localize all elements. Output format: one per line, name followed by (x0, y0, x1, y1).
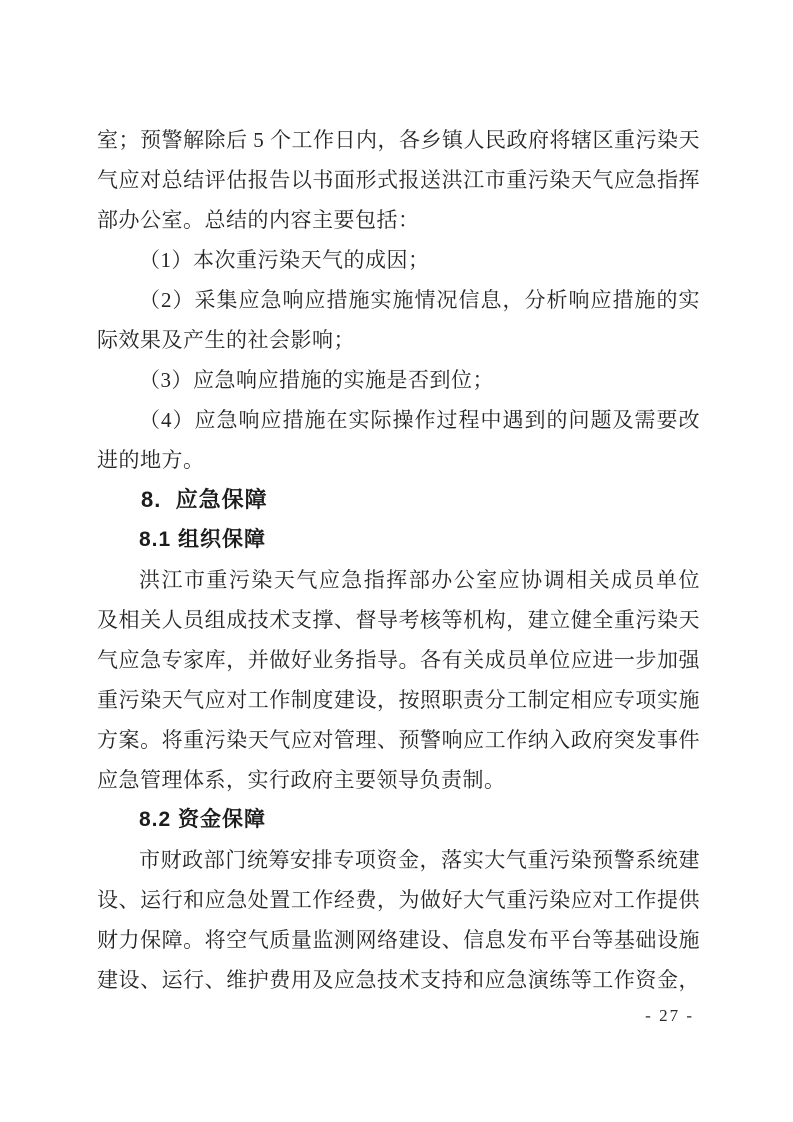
heading-text: 8.1 组织保障 (97, 520, 700, 560)
text-line: 洪江市重污染天气应急指挥部办公室应协调相关成员单位 (97, 560, 700, 600)
heading-section: 8. 应急保障 (97, 480, 700, 520)
text-line: 气应急专家库，并做好业务指导。各有关成员单位应进一步加强 (97, 640, 700, 680)
document-page: 室；预警解除后 5 个工作日内，各乡镇人民政府将辖区重污染天气应对总结评估报告以… (0, 0, 793, 1122)
page-footer: - 27 - (97, 1002, 694, 1030)
paragraph: （1）本次重污染天气的成因； (97, 240, 700, 280)
text-line: 方案。将重污染天气应对管理、预警响应工作纳入政府突发事件 (97, 720, 700, 760)
paragraph: （2）采集应急响应措施实施情况信息，分析响应措施的实际效果及产生的社会影响； (97, 280, 700, 360)
text-line: （2）采集应急响应措施实施情况信息，分析响应措施的实 (97, 280, 700, 320)
text-line: 部办公室。总结的内容主要包括： (97, 200, 700, 240)
heading-sub: 8.1 组织保障 (97, 520, 700, 560)
text-line: （3）应急响应措施的实施是否到位； (97, 360, 700, 400)
text-line: 进的地方。 (97, 440, 700, 480)
text-line: 重污染天气应对工作制度建设，按照职责分工制定相应专项实施 (97, 680, 700, 720)
text-line: 市财政部门统筹安排专项资金，落实大气重污染预警系统建 (97, 840, 700, 880)
text-line: 财力保障。将空气质量监测网络建设、信息发布平台等基础设施 (97, 920, 700, 960)
text-line: （1）本次重污染天气的成因； (97, 240, 700, 280)
text-line: 应急管理体系，实行政府主要领导负责制。 (97, 760, 700, 800)
text-line: 设、运行和应急处置工作经费，为做好大气重污染应对工作提供 (97, 880, 700, 920)
text-line: 气应对总结评估报告以书面形式报送洪江市重污染天气应急指挥 (97, 160, 700, 200)
heading-sub: 8.2 资金保障 (97, 800, 700, 840)
paragraph: （3）应急响应措施的实施是否到位； (97, 360, 700, 400)
text-line: 及相关人员组成技术支撑、督导考核等机构，建立健全重污染天 (97, 600, 700, 640)
heading-text: 8.2 资金保障 (97, 800, 700, 840)
paragraph: 市财政部门统筹安排专项资金，落实大气重污染预警系统建设、运行和应急处置工作经费，… (97, 840, 700, 1000)
text-line: 际效果及产生的社会影响； (97, 320, 700, 360)
text-line: （4）应急响应措施在实际操作过程中遇到的问题及需要改 (97, 400, 700, 440)
paragraph: 洪江市重污染天气应急指挥部办公室应协调相关成员单位及相关人员组成技术支撑、督导考… (97, 560, 700, 800)
page-number: - 27 - (645, 1006, 694, 1025)
paragraph: 室；预警解除后 5 个工作日内，各乡镇人民政府将辖区重污染天气应对总结评估报告以… (97, 120, 700, 240)
text-line: 建设、运行、维护费用及应急技术支持和应急演练等工作资金， (97, 960, 700, 1000)
document-body: 室；预警解除后 5 个工作日内，各乡镇人民政府将辖区重污染天气应对总结评估报告以… (97, 120, 700, 1000)
text-line: 室；预警解除后 5 个工作日内，各乡镇人民政府将辖区重污染天 (97, 120, 700, 160)
heading-text: 8. 应急保障 (97, 480, 700, 520)
paragraph: （4）应急响应措施在实际操作过程中遇到的问题及需要改进的地方。 (97, 400, 700, 480)
